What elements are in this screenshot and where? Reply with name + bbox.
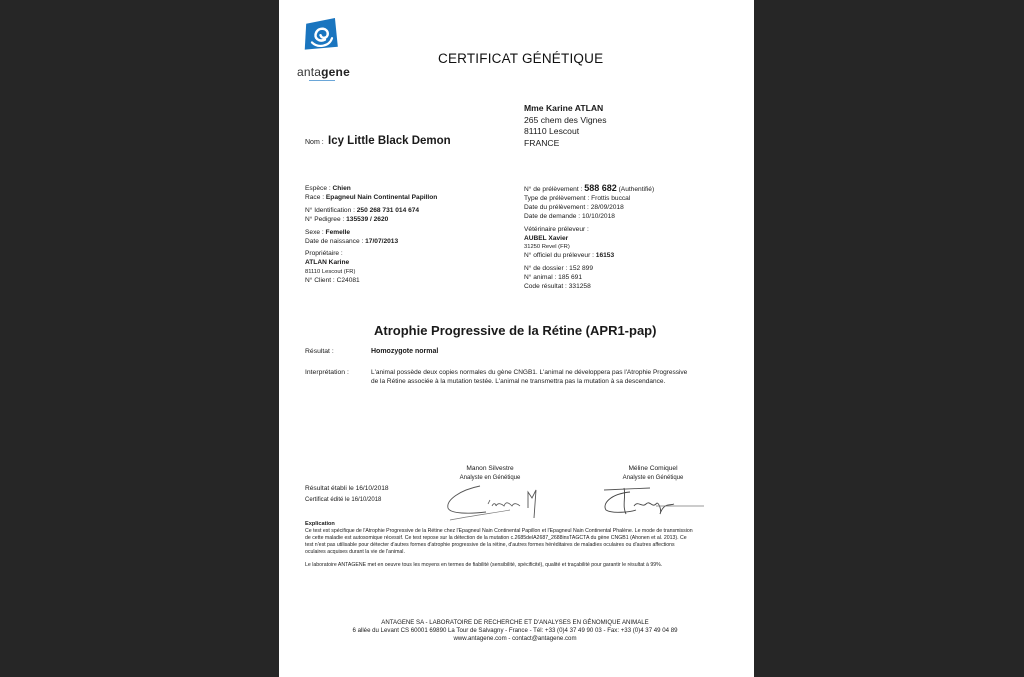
test-title: Atrophie Progressive de la Rétine (APR1-…	[374, 323, 656, 338]
proprietaire-city: 81110 Lescout (FR)	[305, 268, 437, 277]
antagene-spiral-logo-icon	[298, 18, 346, 64]
quality-statement: Le laboratoire ANTAGENE met en oeuvre to…	[305, 562, 693, 569]
type-row: Type de prélèvement : Frottis buccal	[524, 195, 654, 204]
race-row: Race : Epagneul Nain Continental Papillo…	[305, 194, 437, 203]
officiel-row: N° officiel du préleveur : 16153	[524, 252, 654, 261]
animal-number-row: N° animal : 185 691	[524, 274, 654, 283]
interpretation-label: Interprétation :	[305, 369, 349, 376]
result-established-date: Résultat établi le 16/10/2018	[305, 485, 389, 492]
result-value: Homozygote normal	[371, 348, 438, 355]
prelevement-row: N° de prélèvement : 588 682 (Authentifié…	[524, 184, 654, 195]
recipient-country: FRANCE	[524, 138, 607, 150]
explanation-section: Explication Ce test est spécifique de l'…	[305, 521, 693, 568]
animal-name: Icy Little Black Demon	[328, 135, 451, 147]
proprietaire-name: ATLAN Karine	[305, 259, 437, 268]
recipient-street: 265 chem des Vignes	[524, 115, 607, 127]
date-prelevement-row: Date du prélèvement : 28/09/2018	[524, 204, 654, 213]
animal-info: Espèce : Chien Race : Epagneul Nain Cont…	[305, 185, 437, 286]
certificate-edited-date: Certificat édité le 16/10/2018	[305, 497, 381, 503]
recipient-city: 81110 Lescout	[524, 126, 607, 138]
interpretation-text: L'animal possède deux copies normales du…	[371, 369, 687, 386]
recipient-name: Mme Karine ATLAN	[524, 103, 607, 115]
dossier-row: N° de dossier : 152 899	[524, 265, 654, 274]
lab-footer: ANTAGENE SA - LABORATOIRE DE RECHERCHE E…	[290, 619, 740, 643]
sample-info: N° de prélèvement : 588 682 (Authentifié…	[524, 184, 654, 292]
pedigree-row: N° Pedigree : 135539 / 2620	[305, 216, 437, 225]
signatory-2: Méline Comiquel Analyste en Génétique	[593, 465, 713, 482]
signature-2-icon	[600, 484, 710, 520]
result-label: Résultat :	[305, 348, 334, 355]
code-resultat-row: Code résultat : 331258	[524, 283, 654, 292]
veterinaire-label: Vétérinaire préleveur :	[524, 226, 654, 235]
naissance-row: Date de naissance : 17/07/2013	[305, 238, 437, 247]
logo-underline	[309, 80, 335, 81]
signatory-1: Manon Silvestre Analyste en Génétique	[430, 465, 550, 482]
veterinaire-city: 31250 Revel (FR)	[524, 243, 654, 252]
animal-name-label: Nom :	[305, 139, 324, 146]
date-demande-row: Date de demande : 10/10/2018	[524, 213, 654, 222]
explanation-heading: Explication	[305, 521, 335, 527]
espece-row: Espèce : Chien	[305, 185, 437, 194]
signature-1-icon	[440, 482, 550, 522]
certificate-title: CERTIFICAT GÉNÉTIQUE	[438, 51, 603, 66]
identification-row: N° Identification : 250 268 731 014 674	[305, 207, 437, 216]
recipient-address: Mme Karine ATLAN 265 chem des Vignes 811…	[524, 103, 607, 149]
proprietaire-label: Propriétaire :	[305, 250, 437, 259]
client-row: N° Client : C24081	[305, 277, 437, 286]
sexe-row: Sexe : Femelle	[305, 229, 437, 238]
certificate-page	[279, 0, 754, 677]
logo-wordmark: antagene	[297, 65, 350, 79]
veterinaire-name: AUBEL Xavier	[524, 235, 654, 244]
